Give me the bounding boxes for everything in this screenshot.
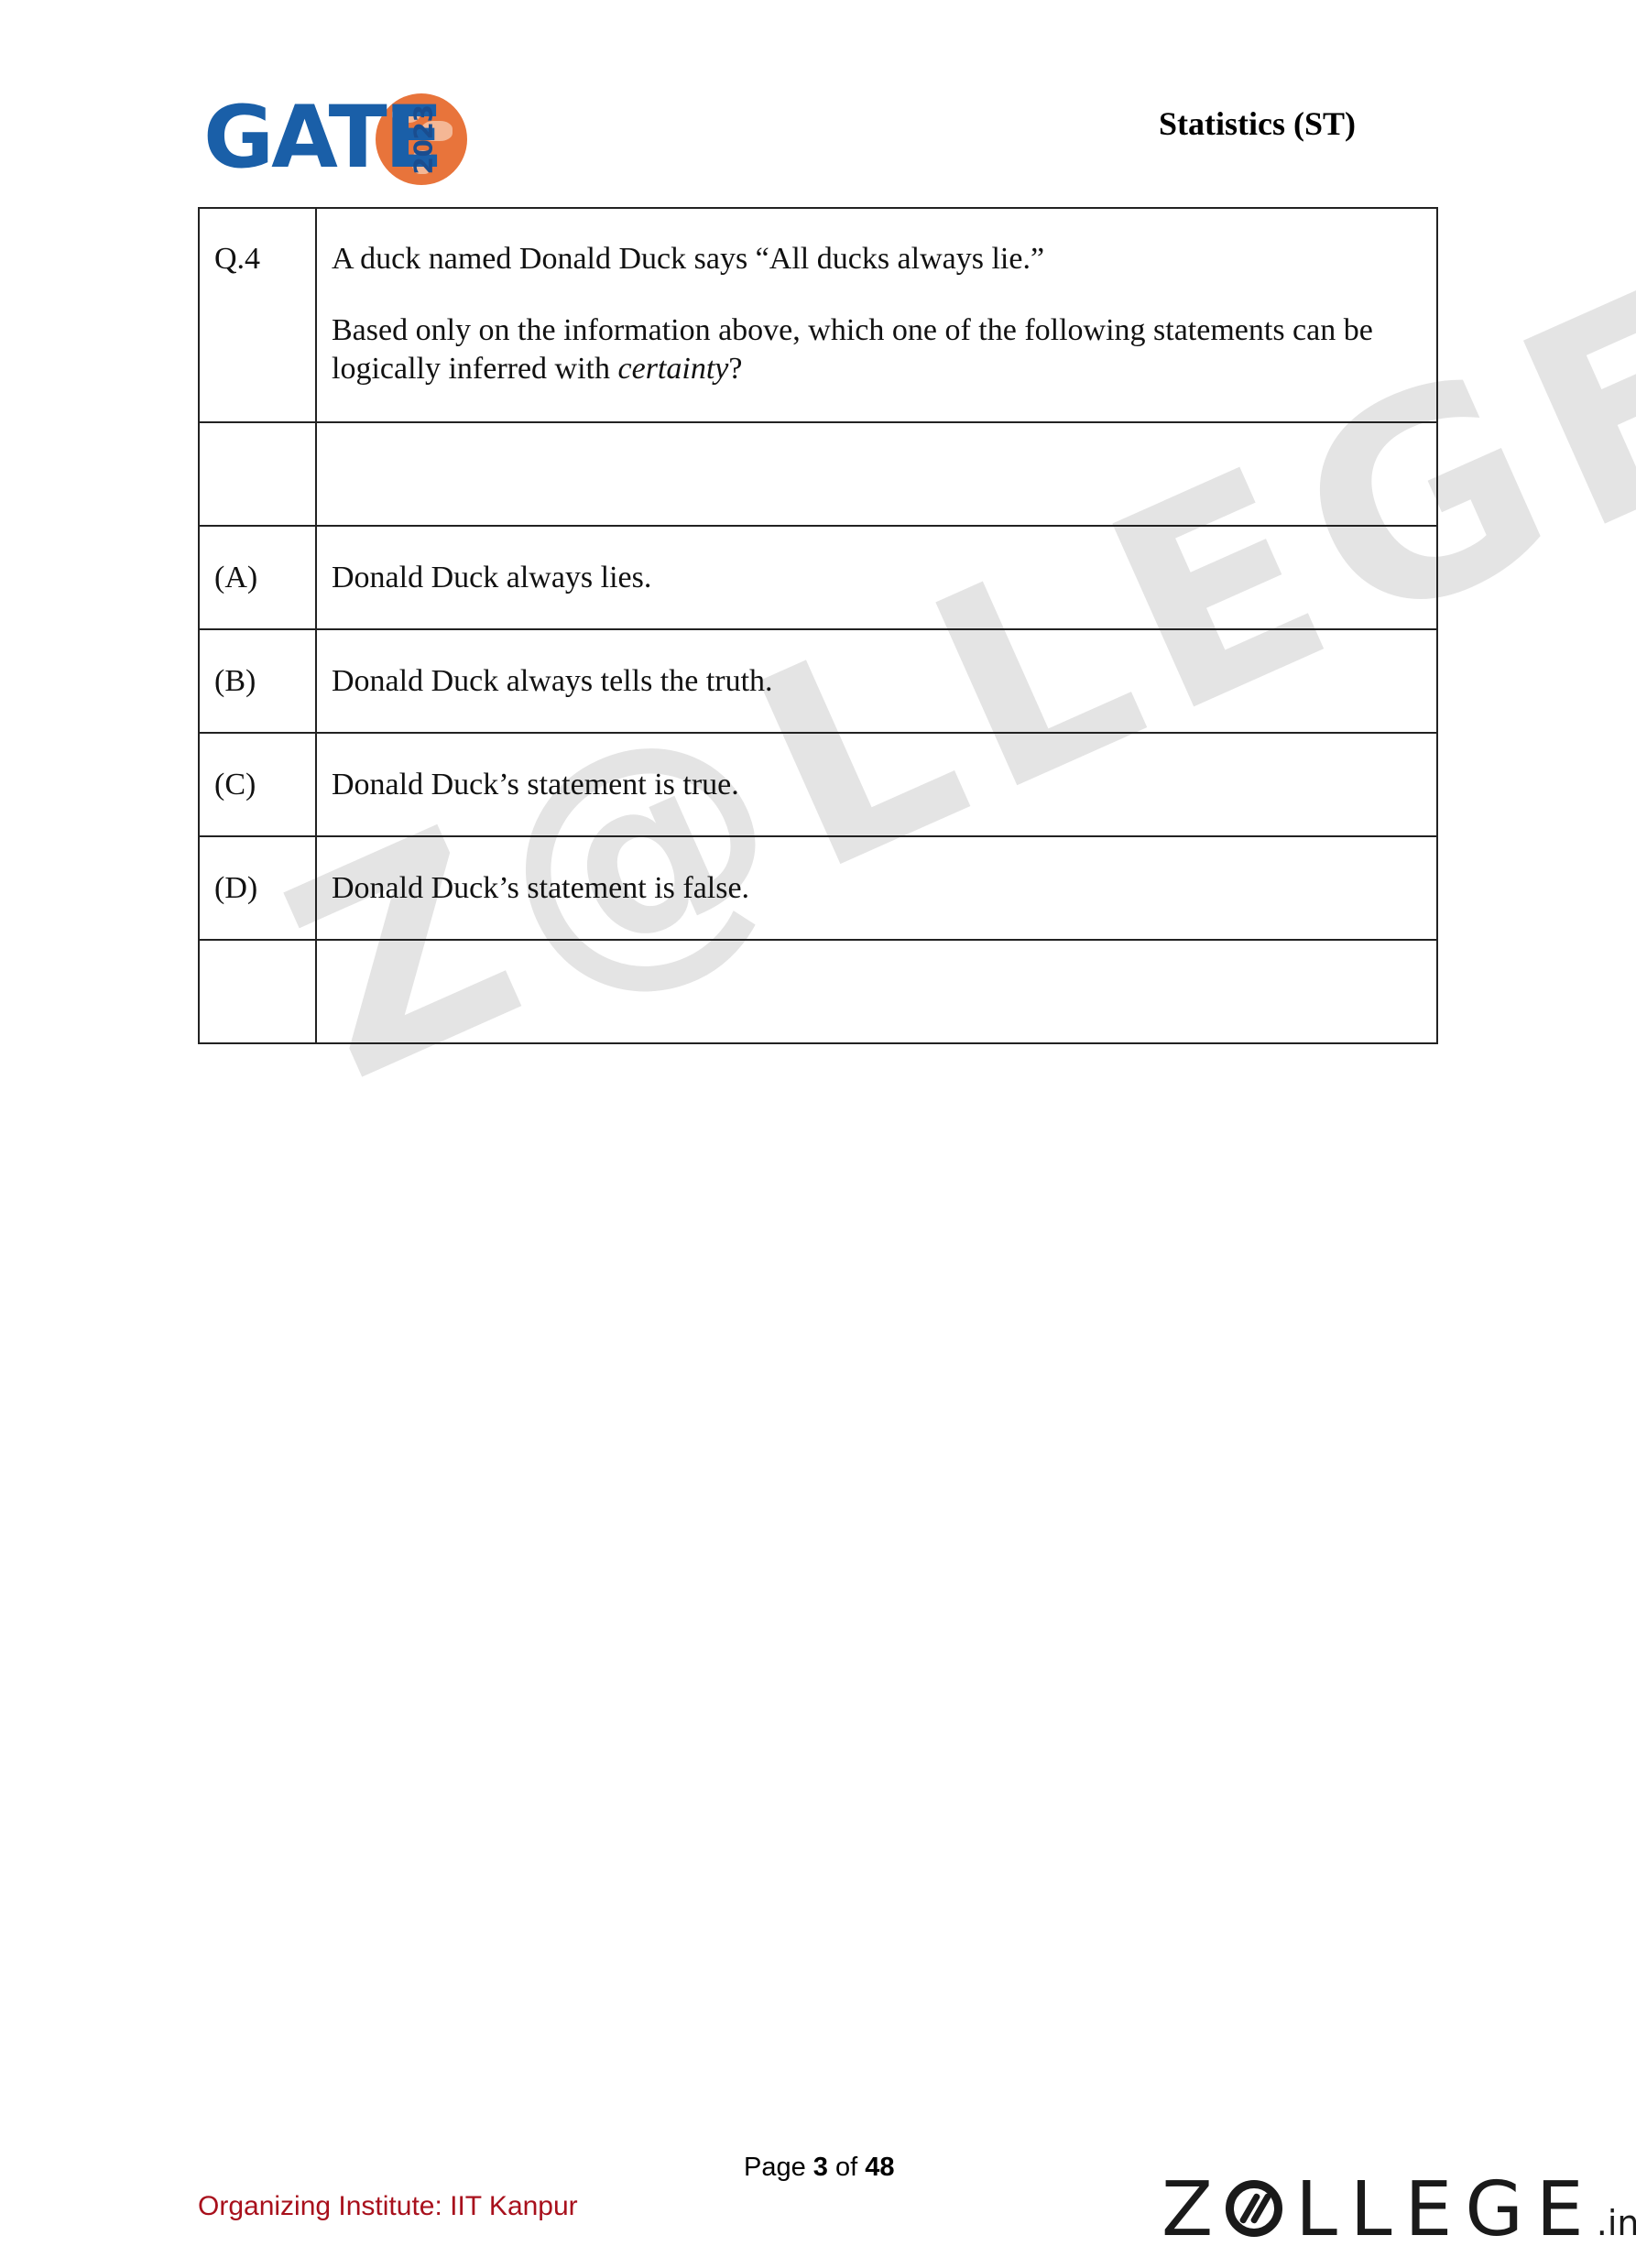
option-label: (C): [199, 733, 316, 836]
option-label: (A): [199, 526, 316, 629]
option-text: Donald Duck’s statement is true.: [316, 733, 1437, 836]
option-text: Donald Duck always tells the truth.: [316, 629, 1437, 733]
emphasis-certainty: certainty: [618, 352, 729, 386]
blank-row: [199, 940, 1437, 1043]
option-text: Donald Duck always lies.: [316, 526, 1437, 629]
question-number: Q.4: [199, 208, 316, 422]
question-table: Q.4 A duck named Donald Duck says “All d…: [198, 207, 1438, 1044]
gate-2023-logo: GATE 2023: [203, 90, 469, 192]
option-text: Donald Duck’s statement is false.: [316, 836, 1437, 940]
option-row-a: (A) Donald Duck always lies.: [199, 526, 1437, 629]
subject-title: Statistics (ST): [1159, 104, 1356, 143]
question-stem-line1: A duck named Donald Duck says “All ducks…: [332, 240, 1436, 278]
zollege-o-icon: [1226, 2180, 1282, 2237]
page-number: Page 3 of 48: [744, 2153, 895, 2183]
option-label: (B): [199, 629, 316, 733]
option-row-c: (C) Donald Duck’s statement is true.: [199, 733, 1437, 836]
gate-logo-text: GATE: [203, 95, 441, 181]
gate-logo-year: 2023: [409, 104, 439, 177]
blank-row: [199, 422, 1437, 526]
option-row-b: (B) Donald Duck always tells the truth.: [199, 629, 1437, 733]
question-stem: A duck named Donald Duck says “All ducks…: [316, 208, 1437, 422]
option-label: (D): [199, 836, 316, 940]
option-row-d: (D) Donald Duck’s statement is false.: [199, 836, 1437, 940]
question-row: Q.4 A duck named Donald Duck says “All d…: [199, 208, 1437, 422]
question-stem-line2: Based only on the information above, whi…: [332, 311, 1436, 388]
zollege-logo: ZLLEGE.in: [1162, 2173, 1636, 2261]
organizing-institute: Organizing Institute: IIT Kanpur: [198, 2191, 578, 2222]
